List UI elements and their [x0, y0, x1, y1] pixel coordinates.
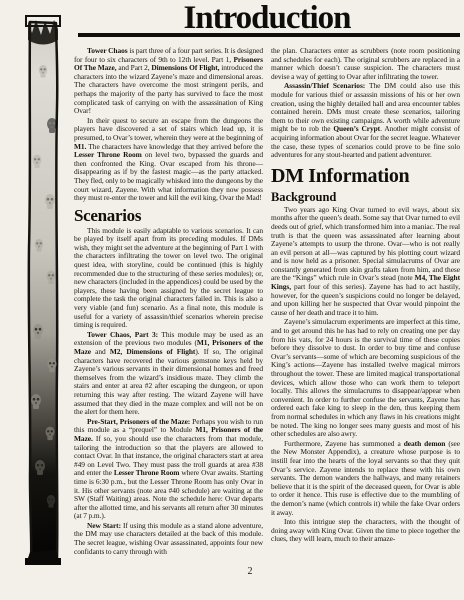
page-content: Introduction Tower Chaos is part three o…	[74, 2, 460, 557]
paragraph: Into this intrigue step the characters, …	[271, 518, 460, 544]
title-block: Introduction	[74, 2, 460, 42]
right-column: the plan. Characters enter as scrubbers …	[271, 47, 460, 557]
paragraph: Tower Chaos is part three of a four part…	[74, 47, 263, 116]
paragraph: Tower Chaos, Part 3: This module may be …	[74, 331, 263, 417]
two-column-text: Tower Chaos is part three of a four part…	[74, 47, 460, 557]
page-title: Introduction	[74, 0, 460, 37]
module-page: Introduction Tower Chaos is part three o…	[0, 0, 464, 600]
paragraph: Assassin/Thief Scenarios: The DM could a…	[271, 82, 460, 159]
paragraph: New Start: If using this module as a sta…	[74, 522, 263, 556]
skull-pillar-border	[23, 8, 63, 566]
skull-pillar-art	[23, 8, 63, 566]
paragraph: This module is easily adaptable to vario…	[74, 227, 263, 330]
paragraph: Two years ago King Ovar turned to evil w…	[271, 206, 460, 318]
left-column: Tower Chaos is part three of a four part…	[74, 47, 263, 557]
paragraph: the plan. Characters enter as scrubbers …	[271, 47, 460, 81]
paragraph: Pre-Start, Prisoners of the Maze: Perhap…	[74, 418, 263, 521]
background-heading: Background	[271, 190, 460, 204]
dm-information-heading: DM Information	[271, 166, 460, 187]
page-number: 2	[240, 566, 260, 577]
paragraph: Zayene’s simulacrum experiments are impe…	[271, 318, 460, 438]
scenarios-heading: Scenarios	[74, 207, 263, 225]
paragraph: Furthermore, Zayene has summoned a death…	[271, 440, 460, 517]
paragraph: In their quest to secure an escape from …	[74, 117, 263, 203]
